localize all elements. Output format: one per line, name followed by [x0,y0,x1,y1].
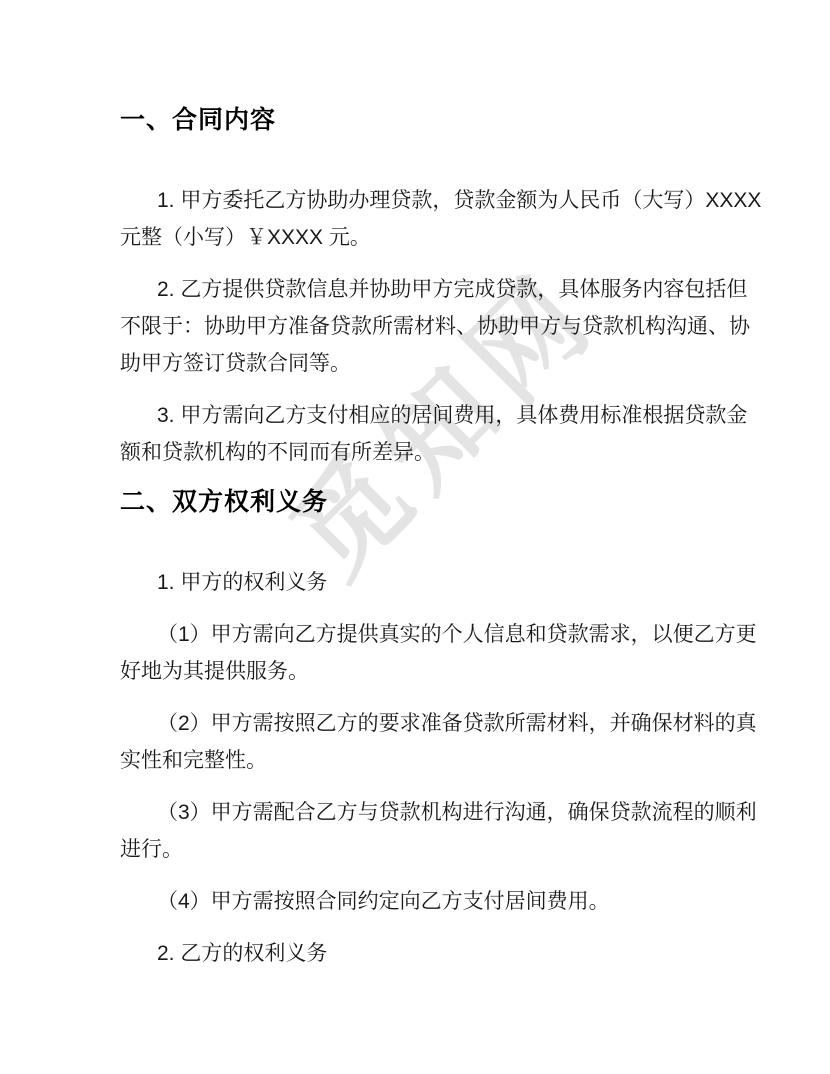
paragraph: 3. 甲方需向乙方支付相应的居间费用，具体费用标准根据贷款金 额和贷款机构的不同… [120,397,714,471]
text-line: 1. 甲方委托乙方协助办理贷款，贷款金额为人民币（大写）XXXX [120,182,714,219]
text-line: 助甲方签订贷款合同等。 [120,345,714,382]
text-line: 2. 乙方的权利义务 [120,935,714,972]
text-line: 2. 乙方提供贷款信息并协助甲方完成贷款，具体服务内容包括但 [120,271,714,308]
paragraph: 2. 乙方的权利义务 [120,935,714,972]
paragraph: （3）甲方需配合乙方与贷款机构进行沟通，确保贷款流程的顺利 进行。 [120,794,714,868]
text-line: 实性和完整性。 [120,742,714,779]
paragraph: 1. 甲方的权利义务 [120,564,714,601]
paragraph: 1. 甲方委托乙方协助办理贷款，贷款金额为人民币（大写）XXXX 元整（小写）￥… [120,182,714,256]
document-content: 一、合同内容 1. 甲方委托乙方协助办理贷款，贷款金额为人民币（大写）XXXX … [120,100,714,987]
section-heading: 二、双方权利义务 [120,486,714,518]
text-line: 1. 甲方的权利义务 [120,564,714,601]
text-line: 3. 甲方需向乙方支付相应的居间费用，具体费用标准根据贷款金 [120,397,714,434]
paragraph: （4）甲方需按照合同约定向乙方支付居间费用。 [120,883,714,920]
section-heading: 一、合同内容 [120,104,714,136]
paragraph: （1）甲方需向乙方提供真实的个人信息和贷款需求，以便乙方更 好地为其提供服务。 [120,616,714,690]
paragraph: 2. 乙方提供贷款信息并协助甲方完成贷款，具体服务内容包括但 不限于：协助甲方准… [120,271,714,382]
section-contract-content: 一、合同内容 1. 甲方委托乙方协助办理贷款，贷款金额为人民币（大写）XXXX … [120,104,714,471]
text-line: 元整（小写）￥XXXX 元。 [120,219,714,256]
text-line: （1）甲方需向乙方提供真实的个人信息和贷款需求，以便乙方更 [120,616,714,653]
text-line: 进行。 [120,831,714,868]
text-line: （4）甲方需按照合同约定向乙方支付居间费用。 [120,883,714,920]
text-line: （2）甲方需按照乙方的要求准备贷款所需材料，并确保材料的真 [120,705,714,742]
document-page: 觅知网 一、合同内容 1. 甲方委托乙方协助办理贷款，贷款金额为人民币（大写）X… [0,0,830,1074]
section-rights-obligations: 二、双方权利义务 1. 甲方的权利义务 （1）甲方需向乙方提供真实的个人信息和贷… [120,486,714,972]
text-line: 好地为其提供服务。 [120,653,714,690]
text-line: 不限于：协助甲方准备贷款所需材料、协助甲方与贷款机构沟通、协 [120,308,714,345]
text-line: （3）甲方需配合乙方与贷款机构进行沟通，确保贷款流程的顺利 [120,794,714,831]
paragraph: （2）甲方需按照乙方的要求准备贷款所需材料，并确保材料的真 实性和完整性。 [120,705,714,779]
text-line: 额和贷款机构的不同而有所差异。 [120,434,714,471]
